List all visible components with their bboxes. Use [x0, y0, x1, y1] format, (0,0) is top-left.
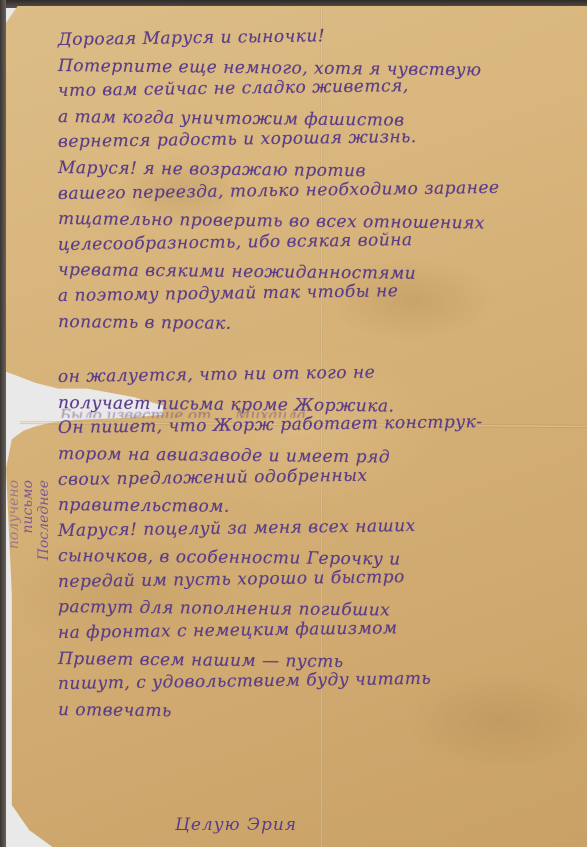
handwritten-line: попасть в просак.	[58, 310, 587, 341]
margin-note: Последнее письмо получено	[6, 480, 62, 810]
letter-part-1: Дорогая Маруся и сыночки!Потерпите еще н…	[58, 28, 587, 335]
letter-part-2: он жалуется, что ни от кого неполучает п…	[58, 365, 587, 723]
margin-note-line: получено	[6, 480, 22, 549]
torn-faded-line: Было известие от ... Михаила	[60, 406, 580, 418]
handwritten-line: и отвечать	[58, 698, 587, 729]
signature: Целую Эрия	[175, 815, 297, 835]
letter-body: Дорогая Маруся и сыночки!Потерпите еще н…	[58, 28, 587, 723]
margin-note-line: письмо	[20, 480, 36, 534]
margin-note-line: Последнее	[36, 480, 52, 560]
handwritten-line: вернется радость и хорошая жизнь.	[58, 123, 587, 156]
